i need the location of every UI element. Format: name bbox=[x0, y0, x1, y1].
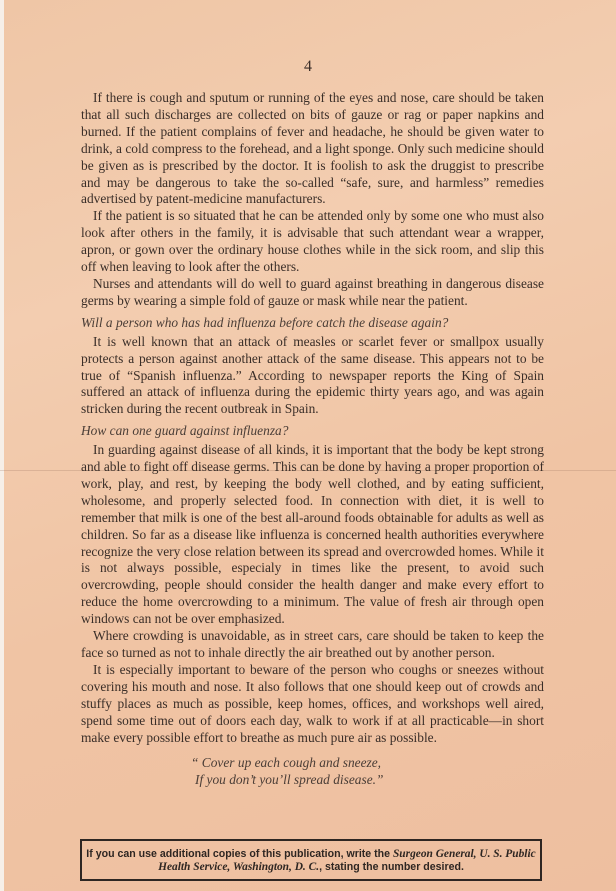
verse-line: If you don’t you’ll spread disease.” bbox=[191, 771, 544, 788]
paragraph: If there is cough and sputum or running … bbox=[81, 90, 544, 208]
paragraph: It is especially important to beware of … bbox=[81, 662, 544, 747]
verse: “ Cover up each cough and sneeze, If you… bbox=[81, 754, 544, 788]
paper-edge bbox=[0, 0, 4, 891]
paragraph: In guarding against disease of all kinds… bbox=[81, 442, 544, 628]
notice-text: If you can use additional copies of this… bbox=[86, 848, 393, 860]
section-question: Will a person who has had influenza befo… bbox=[81, 315, 544, 332]
paragraph: It is well known that an attack of measl… bbox=[81, 334, 544, 419]
paragraph: Where crowding is unavoidable, as in str… bbox=[81, 628, 544, 662]
paragraph: If the patient is so situated that he ca… bbox=[81, 208, 544, 276]
notice-box: If you can use additional copies of this… bbox=[80, 839, 542, 881]
page-body: If there is cough and sputum or running … bbox=[81, 90, 544, 788]
page-number: 4 bbox=[0, 58, 616, 76]
notice-text: , stating the number desired. bbox=[319, 861, 464, 873]
paragraph: Nurses and attendants will do well to gu… bbox=[81, 276, 544, 310]
verse-line: “ Cover up each cough and sneeze, bbox=[191, 754, 544, 771]
section-question: How can one guard against influenza? bbox=[81, 423, 544, 440]
